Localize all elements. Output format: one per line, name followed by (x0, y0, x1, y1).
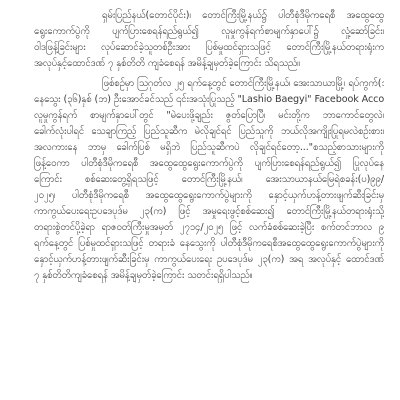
paragraph-line: လူမှုကွန်ရက် စာမျက်နှာပေါ်တွင် "မဲပေးဖို… (34, 108, 384, 124)
paragraph-line: ၇ နှစ်တိတိကျခံစေရန် အမိန့်ချမှတ်ခဲ့ကြောင… (34, 268, 384, 284)
paragraph-1: ရှမ်းပြည်နယ်(တောင်ပိုင်း)၊ တောင်ကြီးမြို… (34, 8, 384, 72)
paragraph-line: ခေါက်လုံးပါရင် သေချာကြည့် ပြည်သူဆီက မဲလိ… (34, 124, 384, 140)
paragraph-line: နေသွေး (၃၆)နှစ် (ဘ) ဦးအောင်ခင်သည် ၎င်းအသ… (34, 92, 384, 108)
paragraph-line: ၂၀၂၅၊ ပါတီစုံဒီမိုကရေစီ အထွေထွေရွေးကောက်… (34, 188, 384, 204)
paragraph-line: ကြောင်း စစ်ဆေးတွေ့ရှိရသဖြင့် တောင်ကြီးမြ… (34, 172, 384, 188)
paragraph-line: ဝါဒဖြန့်ခြင်းများ လုပ်ဆောင်ခဲ့သူတစ်ဦးအား… (34, 40, 384, 56)
paragraph-line: ဖြန့်ဝေကာ ပါတီစုံဒီမိုကရေစီ အထွေထွေရွေးက… (34, 156, 384, 172)
paragraph-line: ရွေးကောက်ပွဲကို ပျက်ပြားစေရန်ရည်ရွယ်၍ လူ… (34, 24, 384, 40)
paragraph-line: အလုပ်နှင့်ထောင်ဒဏ် ၇ နှစ်တိတိ ကျခံစေရန် … (34, 56, 384, 72)
paragraph-line: ကာကွယ်ပေးရေးဥပဒေပုဒ်မ ၂၃(က) ဖြင့် အမှုရေ… (34, 204, 384, 220)
paragraph-line: ရှမ်းပြည်နယ်(တောင်ပိုင်း)၊ တောင်ကြီးမြို… (34, 8, 384, 24)
paragraph-line: ဖြစ်စဉ်မှာ ဩဂုတ်လ ၂၅ ရက်နေ့တွင် တောင်ကြီ… (34, 76, 384, 92)
document-body: ရှမ်းပြည်နယ်(တောင်ပိုင်း)၊ တောင်ကြီးမြို… (34, 8, 384, 288)
document-page: ရှမ်းပြည်နယ်(တောင်ပိုင်း)၊ တောင်ကြီးမြို… (0, 0, 400, 400)
paragraph-line: ရက်နေ့တွင် ပြစ်မှုထင်ရှားသဖြင့် တရားခံ န… (34, 236, 384, 252)
paragraph-line: အလကားနေ ဘာမှ ခေါက်ပြစ် မရှိဘဲ ပြည်သူဆီကပ… (34, 140, 384, 156)
paragraph-line: တရားစွဲတင်ပို့ခဲ့ရာ ရာဇဝတ်ကြီးမှုအမှတ် ၂… (34, 220, 384, 236)
paragraph-2: ဖြစ်စဉ်မှာ ဩဂုတ်လ ၂၅ ရက်နေ့တွင် တောင်ကြီ… (34, 76, 384, 284)
paragraph-line: နှောင့်ယှက်ဟန့်တားဖျက်ဆီးခြင်းမှ ကာကွယ်ပ… (34, 252, 384, 268)
